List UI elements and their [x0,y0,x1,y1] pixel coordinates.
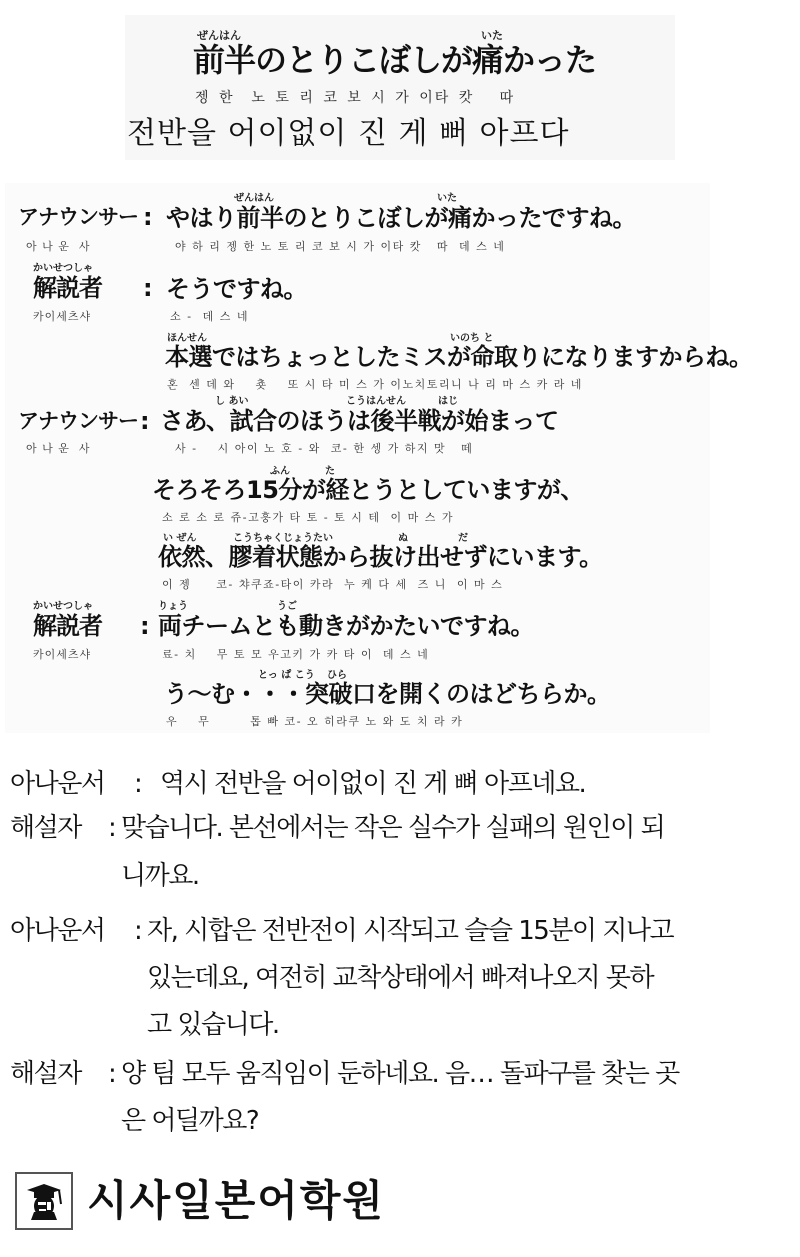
colon: : [134,769,141,799]
speaker-announcer: アナウンサー [18,204,138,230]
speaker-commentator-reading: 카이세츠샤 [33,308,91,324]
colon: : [143,204,153,230]
translation-speaker: 해설자 [10,813,81,843]
title-korean-reading: 젱 한 노 토 리 코 보 시 가 이타 캇 따 [195,87,515,107]
furigana: ぜんはん [234,193,274,204]
translation-speaker: 아나운서 [10,916,104,946]
dialogue-line-reading: 이 젱 코- 챠쿠죠-타이 카라 누 케 다 세 즈 니 이 마 스 [162,576,503,592]
speaker-commentator: 解説者 [33,275,102,301]
dialogue-line: 両チームとも動きがかたいですね。 [158,613,534,639]
furigana: りょう [158,601,188,612]
colon: : [134,916,141,946]
dialogue-line-reading: 소 - 데 스 네 [170,308,249,324]
colon: : [140,613,150,639]
dialogue-line-reading: 혼 센 데 와 춋 또 시 타 미 스 가 이노치토리니 나 리 마 스 카 라… [167,376,583,392]
dialogue-line: やはり前半のとりこぼしが痛かったですね。 [166,205,636,231]
dialogue-line: そうですね。 [166,276,307,302]
speaker-announcer-reading: 아 나 운 사 [26,238,91,254]
dialogue-line: そろそろ15分が経とうとしていますが、 [152,477,584,503]
furigana: こうはんせん [346,396,406,407]
translation-line: 니까요. [121,861,199,891]
title-korean-translation: 전반을 어이없이 진 게 뻐 아프다 [127,117,569,151]
translation-line: 맞습니다. 본선에서는 작은 실수가 실패의 원인이 되 [121,813,664,843]
translation-line: 양 팀 모두 움직임이 둔하네요. 음… 돌파구를 찾는 곳 [121,1059,679,1089]
speaker-announcer: アナウンサー [18,408,138,434]
title-furigana-ita: いた [481,30,503,41]
translation-line: 역시 전반을 어이없이 진 게 뼈 아프네요. [160,769,585,799]
speaker-commentator: 解説者 [33,613,102,639]
dialogue-line: さあ、試合のほうは後半戦が始まって [160,408,559,434]
translation-line: 자, 시합은 전반전이 시작되고 슬슬 15분이 지나고 [147,916,673,946]
dialogue-line-reading: 야 하 리 젱 한 노 토 리 코 보 시 가 이타 캇 따 데 스 네 [175,238,505,254]
translation-line: 은 어딜까요? [121,1106,258,1136]
colon: : [108,1059,115,1089]
academy-name: 시사일본어학원 [87,1176,385,1226]
speaker-furigana: かいせつしゃ [33,263,93,274]
translation-line: 있는데요, 여전히 교착상태에서 빠져나오지 못하 [147,963,653,993]
academy-logo: 시사일본어학원 [15,1171,445,1231]
dialogue-line-reading: 료- 치 무 토 모 우고키 가 카 타 이 데 스 네 [162,646,429,662]
dialogue-line: 依然、膠着状態から抜け出せずにいます。 [158,544,603,570]
furigana: うご [277,601,297,612]
translation-speaker: 해설자 [10,1059,81,1089]
dialogue-line-reading: 사 - 시 아이 노 호 - 와 코- 한 셍 가 하지 맛 떼 [175,440,473,456]
title-japanese: 前半のとりこぼしが痛かった [193,44,596,76]
speaker-commentator-reading: 카이세츠샤 [33,646,91,662]
title-furigana-zenhan: ぜんはん [197,30,241,41]
speaker-announcer-reading: 아 나 운 사 [26,440,91,456]
speaker-furigana: かいせつしゃ [33,601,93,612]
dialogue-line-reading: 우 무 톱 빠 코- 오 히라쿠 노 와 도 치 라 카 [166,713,463,729]
colon: : [143,275,153,301]
graduate-mascot-icon [15,1172,73,1230]
translation-speaker: 아나운서 [10,769,104,799]
colon: : [108,813,115,843]
dialogue-line-reading: 소 로 소 로 쥬-고훙가 타 토 - 토 시 테 이 마 스 가 [162,509,454,525]
furigana: いた [437,193,457,204]
dialogue-line: 本選ではちょっとしたミスが命取りになりますからね。 [165,344,753,370]
colon: : [140,408,150,434]
dialogue-line: う～む・・・突破口を開くのはどちらか。 [164,681,611,707]
translation-line: 고 있습니다. [147,1010,279,1040]
furigana: し あい [215,396,248,407]
furigana: はじ [438,396,458,407]
